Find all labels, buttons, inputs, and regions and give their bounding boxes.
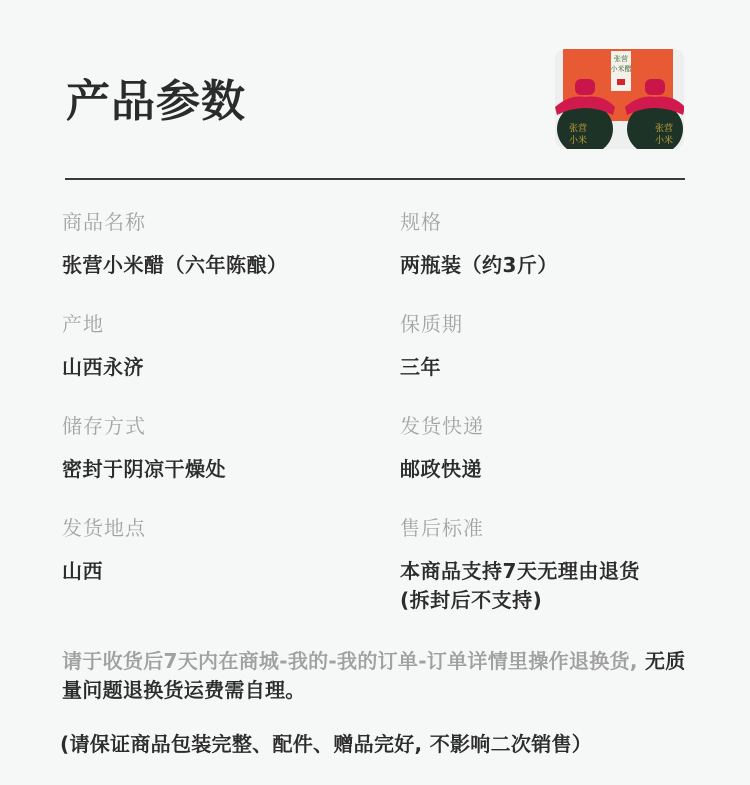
param-label: 商品名称 [62,208,382,236]
param-value: 三年 [400,353,700,382]
return-instructions: 请于收货后7天内在商城-我的-我的订单-订单详情里操作退换货, [62,649,645,673]
title-divider [65,178,685,180]
param-shipping-courier: 发货快递 邮政快递 [400,412,700,484]
param-value: 两瓶装（约3斤） [400,251,700,280]
param-after-sales: 售后标准 本商品支持7天无理由退货 (拆封后不支持) [400,514,700,615]
param-ship-from: 发货地点 山西 [62,514,382,586]
return-policy-notice: 请于收货后7天内在商城-我的-我的订单-订单详情里操作退换货, 无质量问题退换货… [62,647,692,705]
param-label: 储存方式 [62,412,382,440]
param-spec: 规格 两瓶装（约3斤） [400,208,700,280]
param-label: 规格 [400,208,700,236]
packaging-footnote: (请保证商品包装完整、配件、赠品完好, 不影响二次销售） [60,730,700,759]
param-label: 产地 [62,310,382,338]
svg-text:小米: 小米 [655,134,673,146]
product-image-icon: 张营 小米醋 张营 小米 张营 小米 [555,49,684,149]
param-label: 售后标准 [400,514,700,542]
svg-text:小米醋: 小米醋 [611,64,632,73]
param-product-name: 商品名称 张营小米醋（六年陈酿） [62,208,382,280]
param-shelf-life: 保质期 三年 [400,310,700,382]
param-value: 邮政快递 [400,455,700,484]
param-label: 发货地点 [62,514,382,542]
param-value: 山西 [62,557,382,586]
page-title: 产品参数 [66,72,246,132]
svg-text:小米: 小米 [569,134,587,146]
param-value: 本商品支持7天无理由退货 (拆封后不支持) [400,557,700,615]
param-origin: 产地 山西永济 [62,310,382,382]
svg-text:张营: 张营 [569,122,587,134]
param-value: 张营小米醋（六年陈酿） [62,251,382,280]
param-storage: 储存方式 密封于阴凉干燥处 [62,412,382,484]
param-label: 保质期 [400,310,700,338]
param-value: 山西永济 [62,353,382,382]
svg-text:张营: 张营 [655,122,673,134]
param-label: 发货快递 [400,412,700,440]
param-value: 密封于阴凉干燥处 [62,455,382,484]
product-thumbnail: 张营 小米醋 张营 小米 张营 小米 [555,49,684,149]
after-sales-line-2: (拆封后不支持) [400,586,700,615]
after-sales-line-1: 本商品支持7天无理由退货 [400,557,700,586]
svg-text:张营: 张营 [614,54,628,63]
